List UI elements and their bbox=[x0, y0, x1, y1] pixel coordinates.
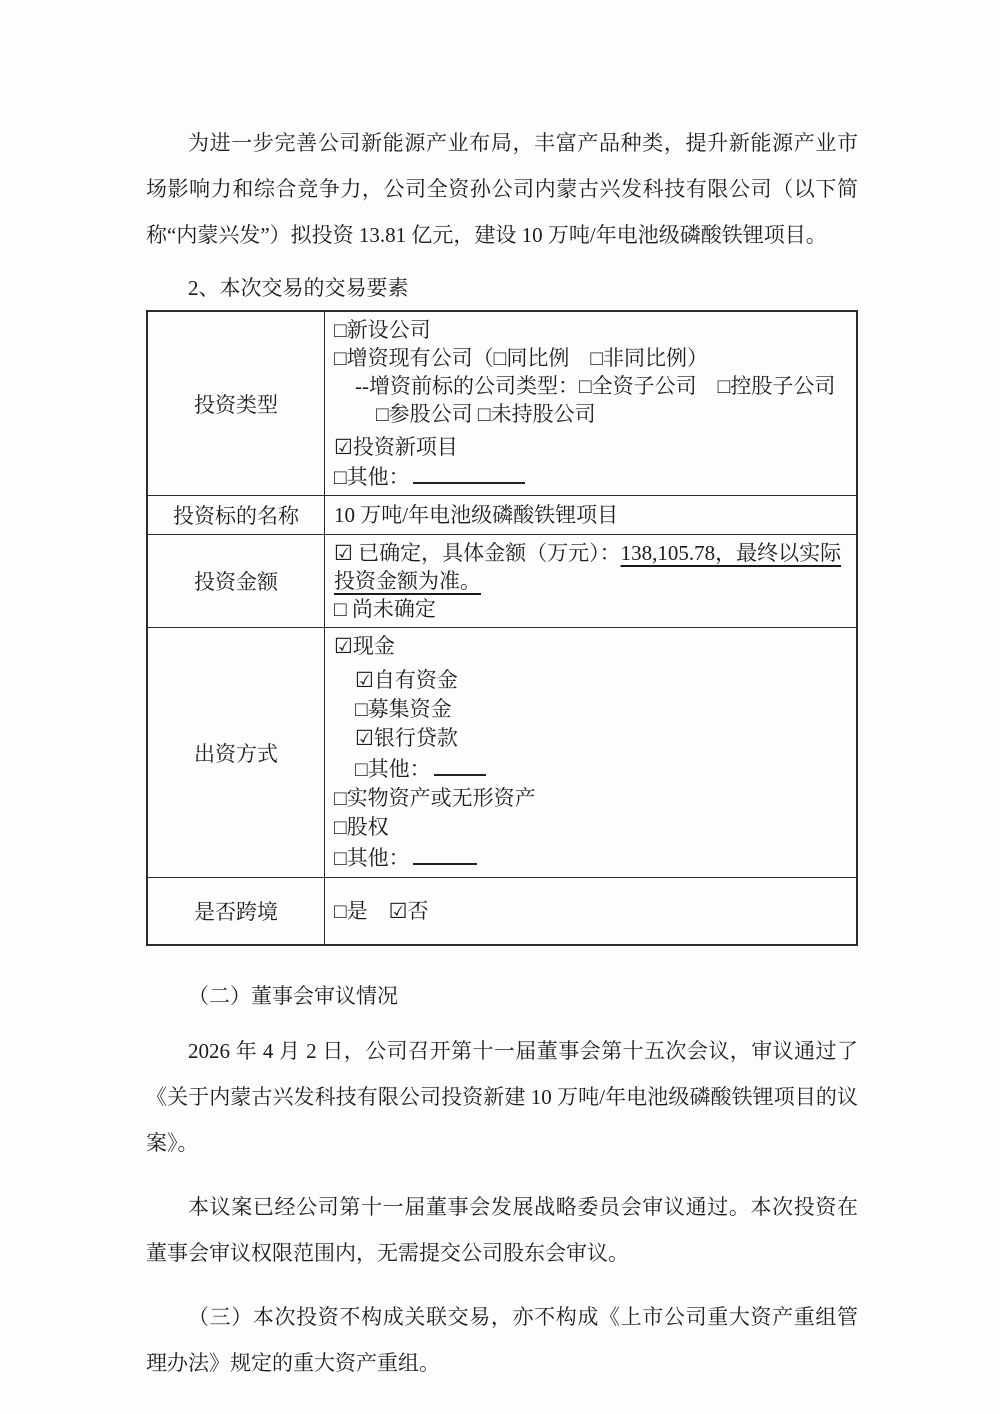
table-row-investment-amount: 投资金额 ☑ 已确定，具体金额（万元）：138,105.78，最终以实际投资金额… bbox=[147, 535, 857, 628]
intro-paragraph: 为进一步完善公司新能源产业布局，丰富产品种类，提升新能源产业市场影响力和综合竞争… bbox=[146, 120, 858, 258]
checkbox-option-funding-other-label: □其他： bbox=[334, 846, 410, 870]
checkbox-option-new-project-checked: ☑投资新项目 bbox=[334, 433, 850, 461]
table-row-cross-border: 是否跨境 □是 ☑否 bbox=[147, 878, 857, 946]
checkbox-option-equity: □股权 bbox=[334, 813, 850, 842]
checkbox-option-other-label: □其他： bbox=[334, 465, 410, 489]
cross-border-options: □是 ☑否 bbox=[334, 897, 850, 925]
checkbox-option-holding-types: □参股公司 □未持股公司 bbox=[334, 400, 850, 428]
committee-paragraph: 本议案已经公司第十一届董事会发展战略委员会审议通过。本次投资在董事会审议权限范围… bbox=[146, 1184, 858, 1276]
checkbox-option-other: □其他： bbox=[334, 461, 850, 491]
checkbox-option-funding-other: □其他： bbox=[334, 842, 850, 873]
table-row-funding-method: 出资方式 ☑现金 ☑自有资金 □募集资金 ☑银行贷款 □其他： □实物资产或无形… bbox=[147, 628, 857, 878]
section2-heading: 2、本次交易的交易要素 bbox=[146, 274, 858, 302]
row-label-investment-amount: 投资金额 bbox=[147, 535, 325, 628]
row-label-cross-border: 是否跨境 bbox=[147, 878, 325, 946]
checkbox-option-cash-other: □其他： bbox=[334, 753, 850, 784]
document-content: 为进一步完善公司新能源产业布局，丰富产品种类，提升新能源产业市场影响力和综合竞争… bbox=[146, 0, 858, 1386]
row-label-target-name: 投资标的名称 bbox=[147, 496, 325, 535]
checkbox-option-bank-loan-checked: ☑银行贷款 bbox=[334, 724, 850, 753]
checkbox-option-target-company-type: --增资前标的公司类型：□全资子公司 □控股子公司 bbox=[334, 372, 850, 400]
transaction-elements-table: 投资类型 □新设公司 □增资现有公司（□同比例 □非同比例） --增资前标的公司… bbox=[146, 310, 858, 946]
checkbox-option-cash-other-label: □其他： bbox=[355, 757, 431, 781]
checkbox-option-capital-increase: □增资现有公司（□同比例 □非同比例） bbox=[334, 344, 850, 372]
checkbox-option-cash-checked: ☑现金 bbox=[334, 632, 850, 661]
checkbox-option-new-company: □新设公司 bbox=[334, 316, 850, 344]
row-label-funding-method: 出资方式 bbox=[147, 628, 325, 878]
checkbox-option-raised-funds: □募集资金 bbox=[334, 695, 850, 724]
document-page: 为进一步完善公司新能源产业布局，丰富产品种类，提升新能源产业市场影响力和综合竞争… bbox=[0, 0, 1000, 1414]
amount-confirmed-line: ☑ 已确定，具体金额（万元）：138,105.78，最终以实际投资金额为准。 bbox=[334, 539, 850, 595]
blank-underline bbox=[413, 842, 477, 865]
table-row-target-name: 投资标的名称 10 万吨/年电池级磷酸铁锂项目 bbox=[147, 496, 857, 535]
section-c-paragraph: （三）本次投资不构成关联交易，亦不构成《上市公司重大资产重组管理办法》规定的重大… bbox=[146, 1294, 858, 1386]
row-label-investment-type: 投资类型 bbox=[147, 311, 325, 496]
section-b-heading: （二）董事会审议情况 bbox=[146, 982, 858, 1010]
blank-underline bbox=[413, 461, 525, 484]
board-meeting-paragraph: 2026 年 4 月 2 日，公司召开第十一届董事会第十五次会议，审议通过了《关… bbox=[146, 1028, 858, 1166]
target-name-value: 10 万吨/年电池级磷酸铁锂项目 bbox=[334, 501, 850, 529]
amount-confirmed-prefix: ☑ 已确定，具体金额（万元）： bbox=[334, 541, 621, 565]
amount-unconfirmed-option: □ 尚未确定 bbox=[334, 595, 850, 623]
blank-underline bbox=[434, 753, 486, 776]
checkbox-option-physical-assets: □实物资产或无形资产 bbox=[334, 784, 850, 813]
table-row-investment-type: 投资类型 □新设公司 □增资现有公司（□同比例 □非同比例） --增资前标的公司… bbox=[147, 311, 857, 496]
checkbox-option-own-funds-checked: ☑自有资金 bbox=[334, 666, 850, 695]
